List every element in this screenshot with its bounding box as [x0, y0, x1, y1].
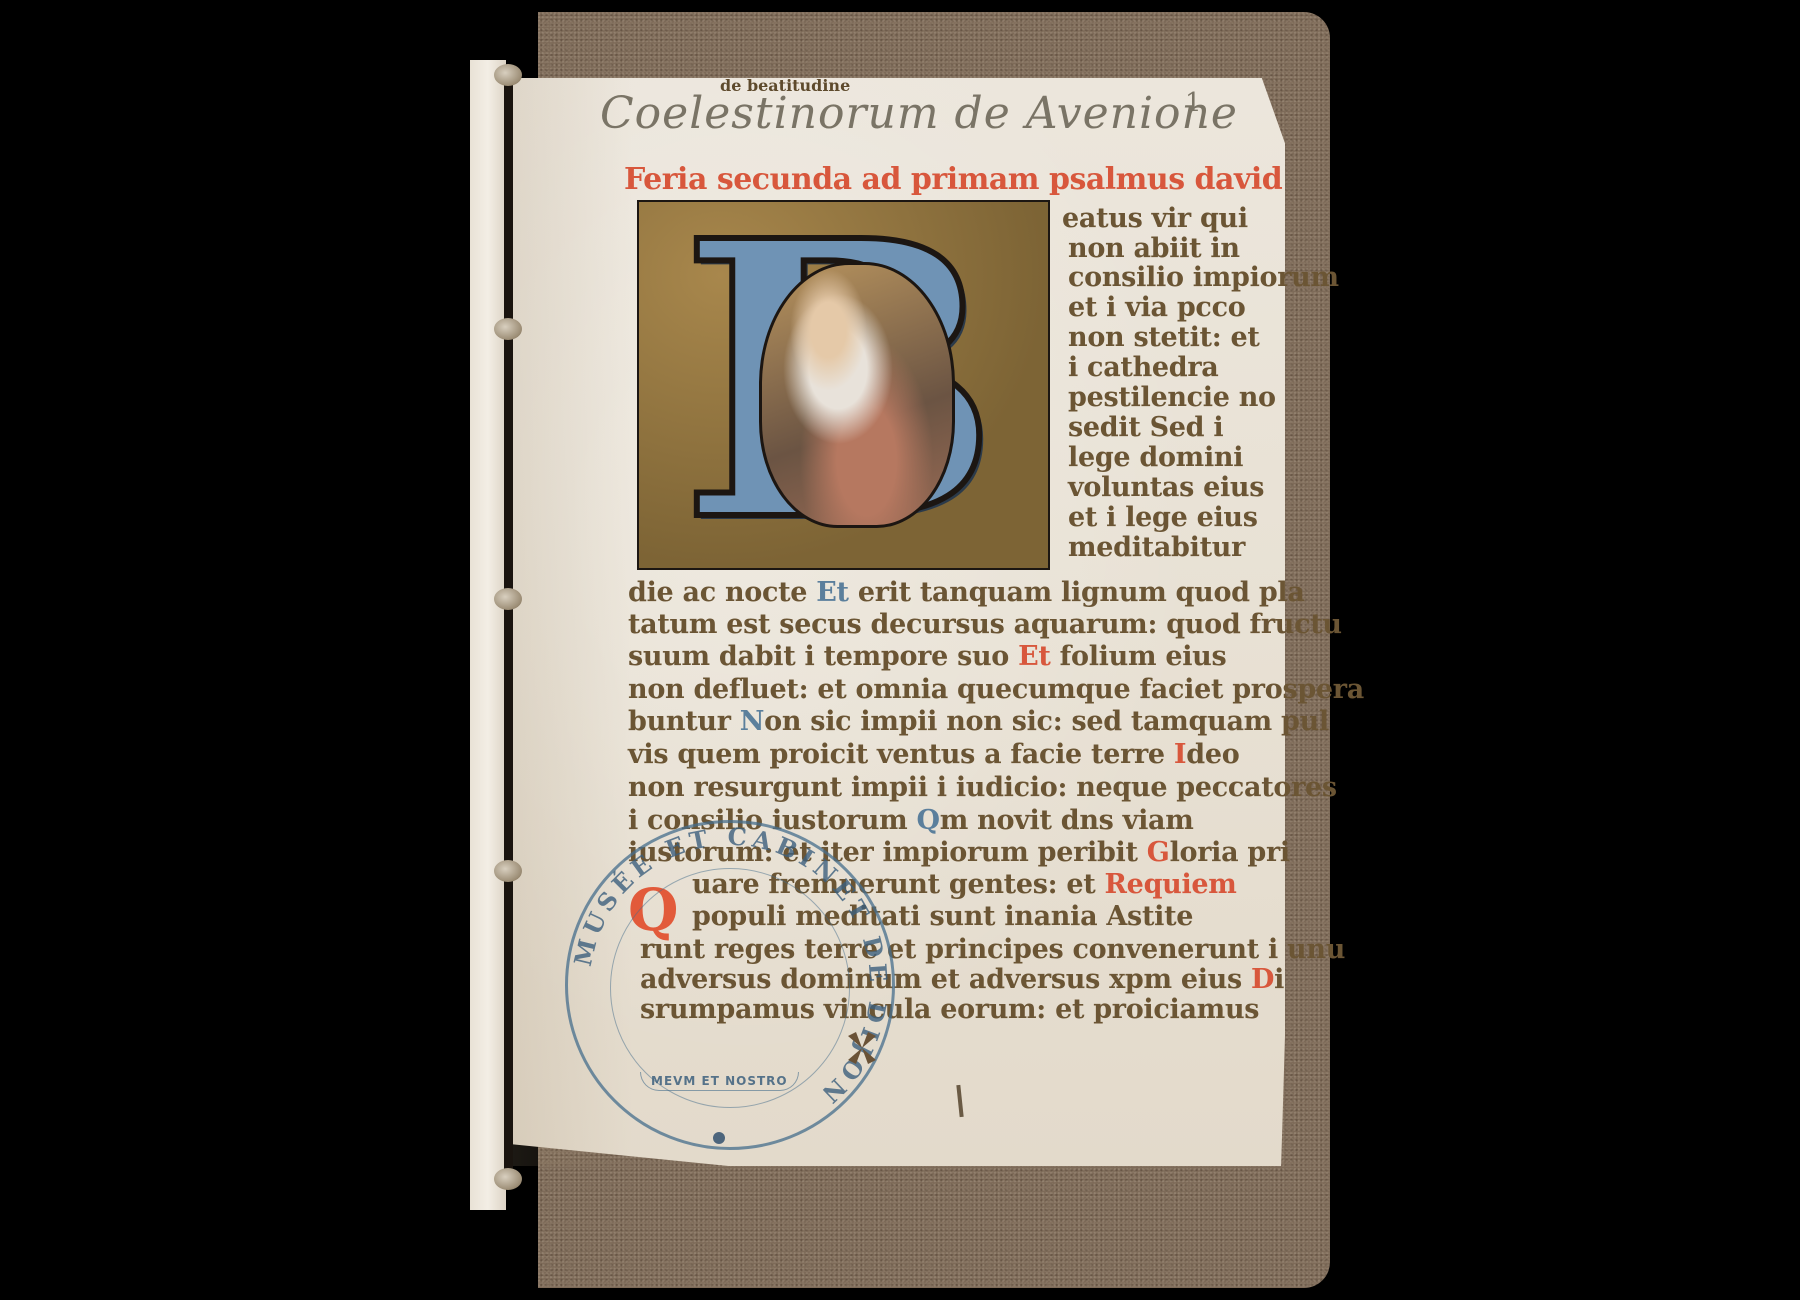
- text-line: tatum est secus decursus aquarum: quod f…: [628, 609, 1342, 640]
- text-line: die ac nocte Et erit tanquam lignum quod…: [628, 577, 1305, 608]
- stamp-dot-icon: [713, 1132, 725, 1144]
- pen-cross-mark-icon: [842, 1028, 882, 1068]
- text-line: et i lege eius: [1068, 502, 1258, 533]
- stamp-ring-label: MUSÉE ET CABINET DE DIJON: [568, 822, 894, 1113]
- stitch-knot: [494, 588, 522, 610]
- text-line: i cathedra: [1068, 352, 1218, 383]
- text-line: eatus vir qui: [1062, 203, 1248, 234]
- illuminated-initial-icon: B: [637, 200, 1050, 570]
- svg-text:MUSÉE ET CABINET DE DIJON: MUSÉE ET CABINET DE DIJON: [568, 822, 894, 1113]
- text-line: lege domini: [1068, 442, 1243, 473]
- stamp-ring-text: MUSÉE ET CABINET DE DIJON: [565, 820, 895, 1150]
- text-line: non defluet: et omnia quecumque faciet p…: [628, 674, 1364, 705]
- gutter: [504, 78, 513, 1188]
- stamp-motto: MEVM ET NOSTRO: [640, 1072, 799, 1091]
- ownership-inscription: Coelestinorum de Avenione: [600, 88, 1238, 139]
- text-line: pestilencie no: [1068, 382, 1276, 413]
- text-line: sedit Sed i: [1068, 412, 1223, 443]
- stitch-knot: [494, 860, 522, 882]
- text-line: meditabitur: [1068, 532, 1245, 563]
- text-line: non abiit in: [1068, 233, 1240, 264]
- folio-number: 1: [1185, 88, 1202, 118]
- text-line: consilio impiorum: [1068, 262, 1339, 293]
- text-line: vis quem proicit ventus a facie terre Id…: [628, 739, 1239, 770]
- text-line: non stetit: et: [1068, 322, 1260, 353]
- stitch-knot: [494, 64, 522, 86]
- text-line: suum dabit i tempore suo Et folium eius: [628, 641, 1226, 672]
- stitch-knot: [494, 1168, 522, 1190]
- rubric-heading: Feria secunda ad primam psalmus david: [624, 162, 1282, 197]
- text-line: voluntas eius: [1068, 472, 1264, 503]
- text-line: et i via pcco: [1068, 292, 1245, 323]
- stitch-knot: [494, 318, 522, 340]
- spine-strip: [470, 60, 506, 1210]
- portrait-figure-icon: [759, 262, 955, 528]
- text-line: non resurgunt impii i iudicio: neque pec…: [628, 772, 1337, 803]
- text-line: buntur Non sic impii non sic: sed tamqua…: [628, 706, 1329, 737]
